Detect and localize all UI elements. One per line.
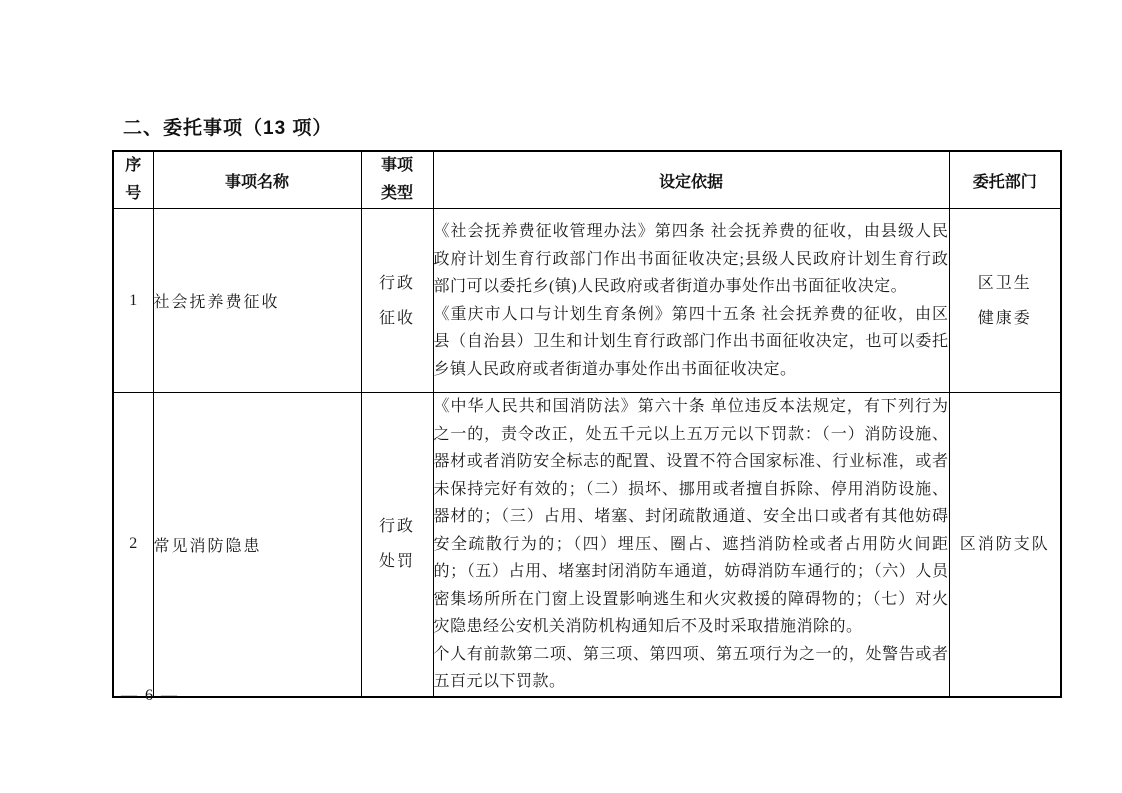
- item-name-cell: 常见消防隐患: [153, 393, 361, 697]
- table-row: 1 社会抚养费征收 行政 征收 《社会抚养费征收管理办法》第四条 社会抚养费的征…: [113, 209, 1061, 393]
- col-header-index-line1: 序: [114, 152, 153, 180]
- department-line2: 健康委: [950, 301, 1061, 336]
- item-name-cell: 社会抚养费征收: [153, 209, 361, 393]
- basis-paragraph: 《社会抚养费征收管理办法》第四条 社会抚养费的征收，由县级人民政府计划生育行政部…: [434, 218, 949, 301]
- col-header-department: 委托部门: [949, 151, 1061, 209]
- col-header-name: 事项名称: [153, 151, 361, 209]
- item-type-line1: 行政: [362, 509, 433, 544]
- col-header-type: 事项 类型: [361, 151, 433, 209]
- department-cell: 区卫生 健康委: [949, 209, 1061, 393]
- col-header-type-line2: 类型: [362, 180, 433, 208]
- department-line1: 区卫生: [950, 266, 1061, 301]
- department-cell: 区消防支队: [949, 393, 1061, 697]
- table-row: 2 常见消防隐患 行政 处罚 《中华人民共和国消防法》第六十条 单位违反本法规定…: [113, 393, 1061, 697]
- col-header-index-line2: 号: [114, 180, 153, 208]
- item-type-line2: 征收: [362, 301, 433, 336]
- basis-paragraph: 个人有前款第二项、第三项、第四项、第五项行为之一的，处警告或者五百元以下罚款。: [434, 641, 949, 696]
- item-type-line1: 行政: [362, 266, 433, 301]
- basis-paragraph: 《中华人民共和国消防法》第六十条 单位违反本法规定，有下列行为之一的，责令改正，…: [434, 393, 949, 641]
- item-type-cell: 行政 征收: [361, 209, 433, 393]
- item-type-line2: 处罚: [362, 544, 433, 579]
- col-header-basis: 设定依据: [433, 151, 949, 209]
- col-header-type-line1: 事项: [362, 152, 433, 180]
- item-type-cell: 行政 处罚: [361, 393, 433, 697]
- row-index-cell: 1: [113, 209, 153, 393]
- row-index-cell: 2: [113, 393, 153, 697]
- basis-paragraph: 《重庆市人口与计划生育条例》第四十五条 社会抚养费的征收，由区县（自治县）卫生和…: [434, 301, 949, 384]
- table-header-row: 序 号 事项名称 事项 类型 设定依据 委托部门: [113, 151, 1061, 209]
- document-page: 二、委托事项（13 项） 序 号 事项名称 事项 类型 设定依据 委托部门: [0, 0, 1122, 793]
- entrusted-items-table: 序 号 事项名称 事项 类型 设定依据 委托部门 1 社会抚养费征收 行政 征收: [112, 150, 1062, 698]
- section-title: 二、委托事项（13 项）: [123, 113, 332, 140]
- department-line1: 区消防支队: [950, 527, 1061, 562]
- basis-cell: 《社会抚养费征收管理办法》第四条 社会抚养费的征收，由县级人民政府计划生育行政部…: [433, 209, 949, 393]
- page-number: — 6 —: [121, 687, 179, 705]
- col-header-index: 序 号: [113, 151, 153, 209]
- basis-cell: 《中华人民共和国消防法》第六十条 单位违反本法规定，有下列行为之一的，责令改正，…: [433, 393, 949, 697]
